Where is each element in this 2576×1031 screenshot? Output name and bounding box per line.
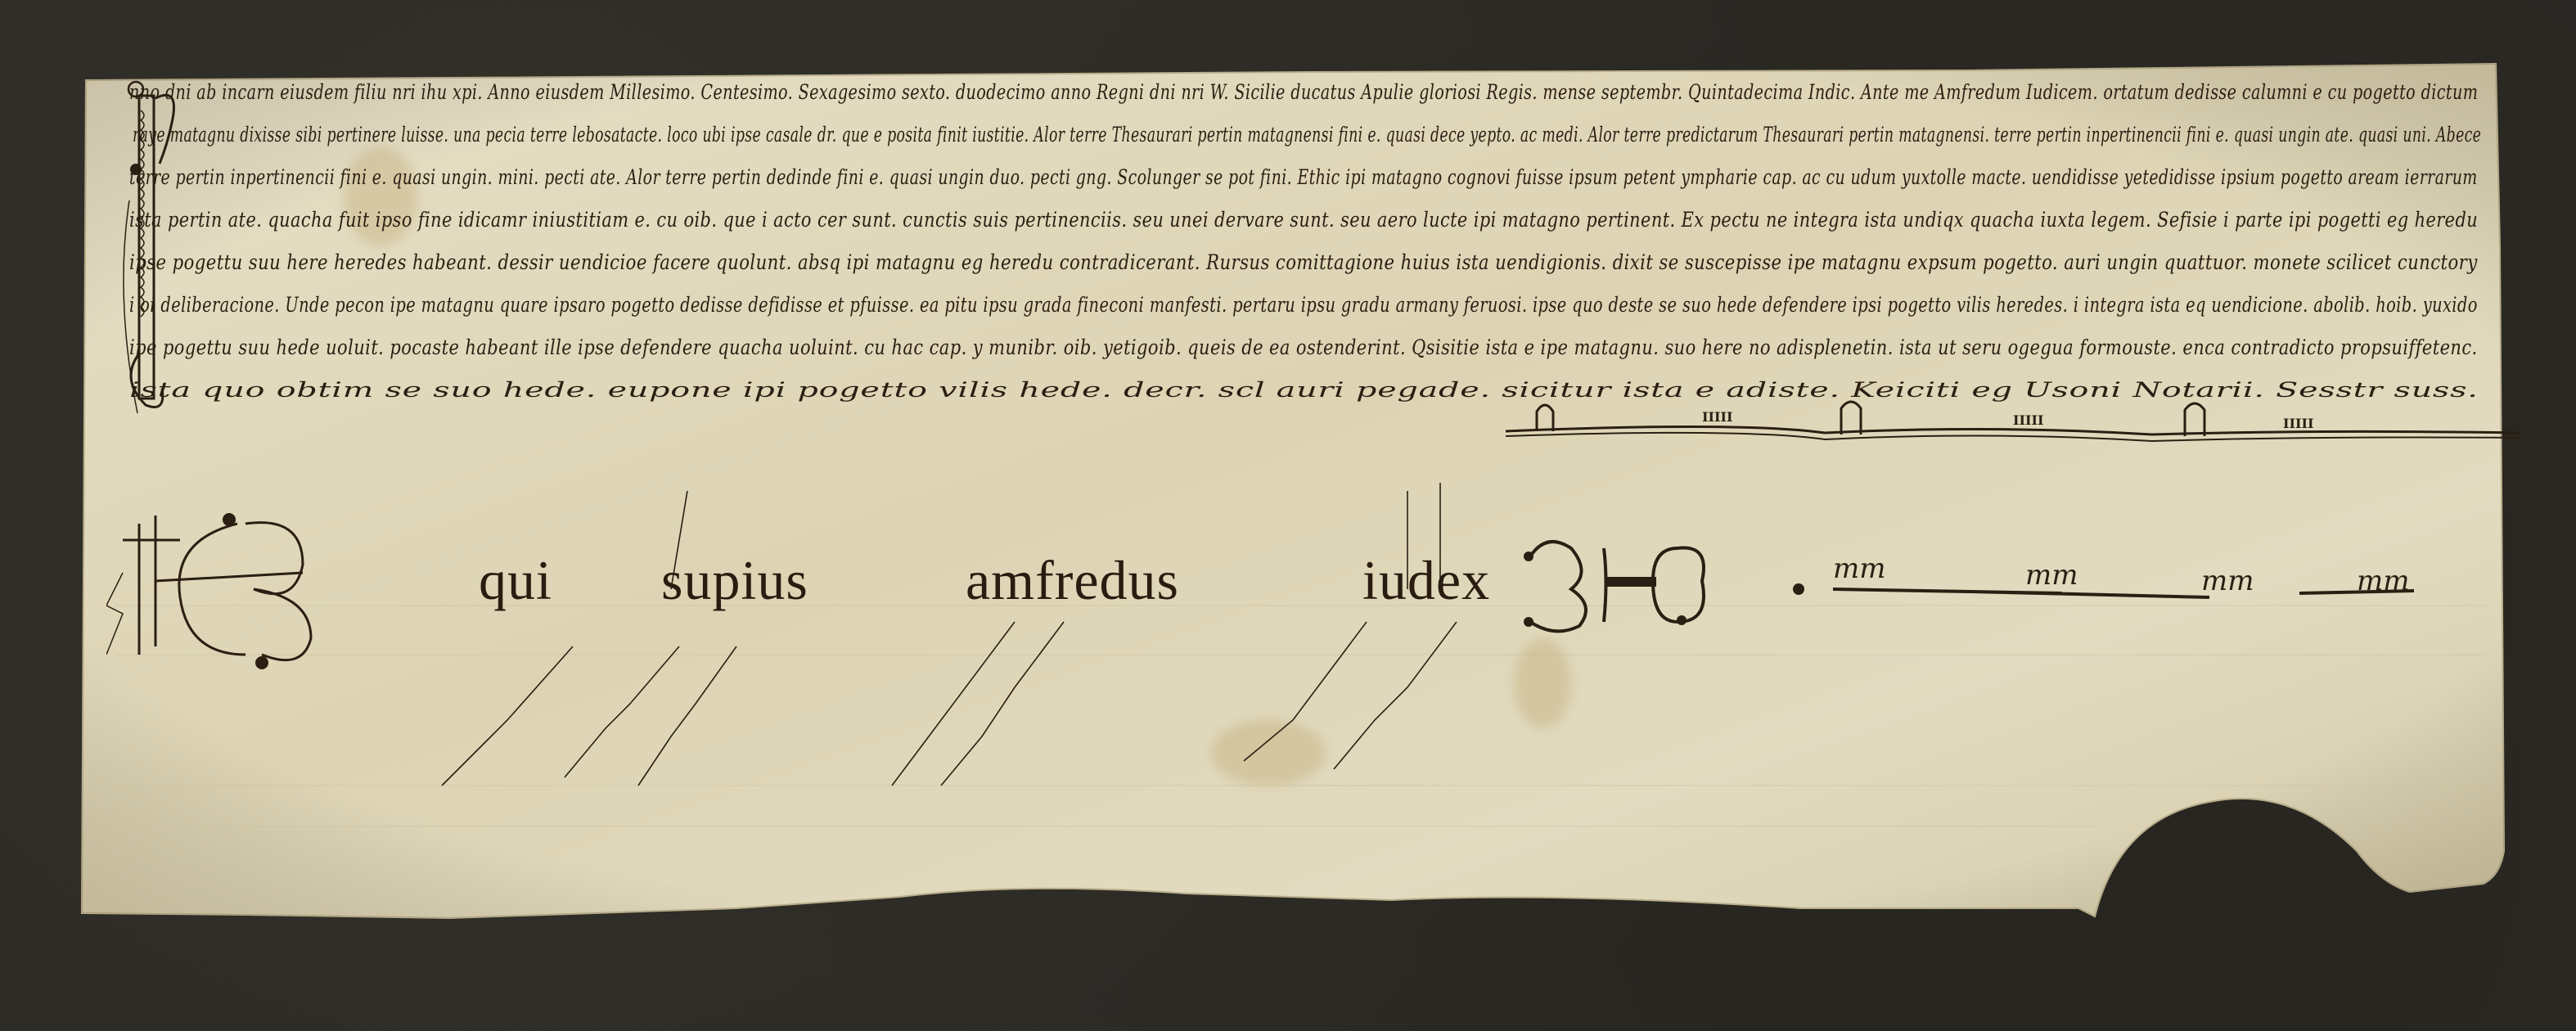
flourish-mark: mm	[1833, 552, 1885, 585]
flourish-mark: mm	[2025, 559, 2078, 592]
flourish-mark: mm	[2201, 565, 2254, 597]
flourish-line	[1792, 556, 2447, 606]
cross-sign	[1514, 532, 1759, 638]
flourish-mark: mm	[2357, 565, 2409, 597]
descender-strokes	[0, 0, 2576, 1031]
